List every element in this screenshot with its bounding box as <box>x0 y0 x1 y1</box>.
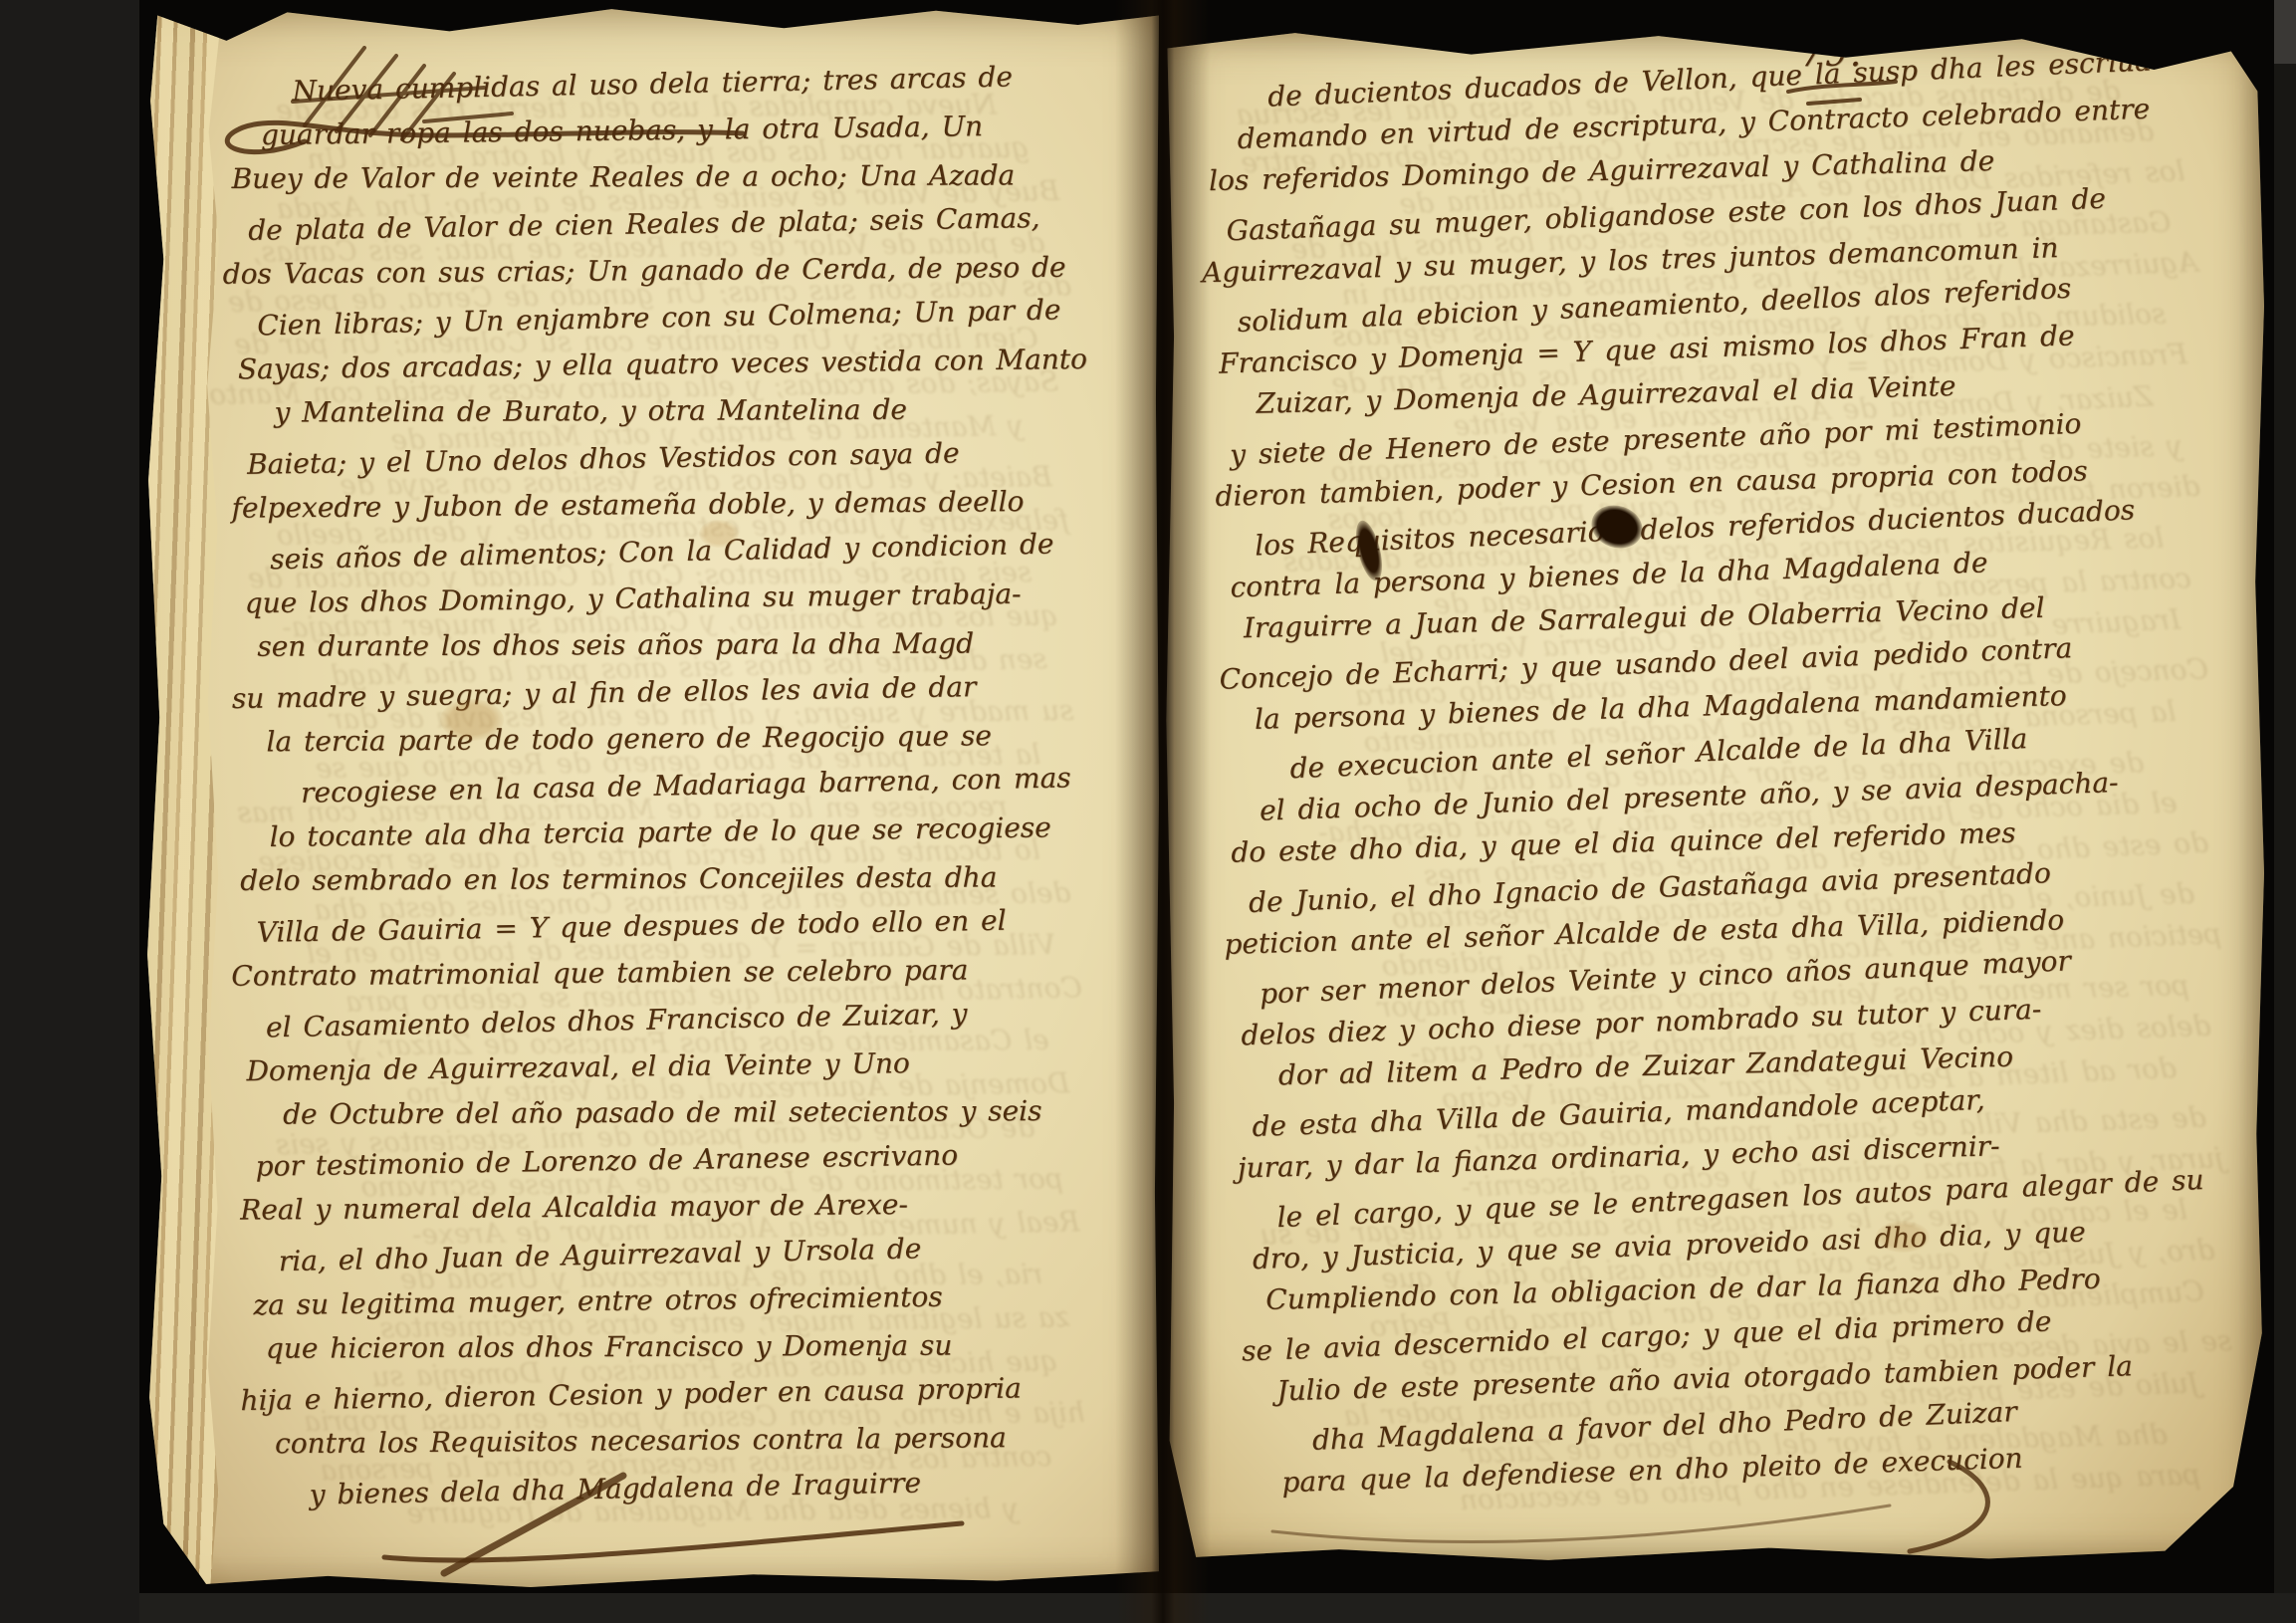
scanner-backdrop-left <box>0 0 139 1623</box>
right-page: de ducientos ducados de Vellon, que la s… <box>1163 30 2264 1563</box>
manuscript-line: Sayas; dos arcadas; y ella quatro veces … <box>238 336 1119 393</box>
scanner-backdrop-corner <box>2274 0 2296 64</box>
manuscript-scan: Nueva cumplidas al uso dela tierra; tres… <box>0 0 2296 1623</box>
manuscript-line: za su legitima muger, entre otros ofreci… <box>253 1271 1130 1328</box>
scanner-backdrop-right <box>2274 0 2296 1623</box>
manuscript-line: guardar ropa las dos nuebas, y la otra U… <box>261 102 1116 158</box>
manuscript-text-right: de ducientos ducados de Vellon, que la s… <box>1193 39 2264 1506</box>
manuscript-text-left: Nueva cumplidas al uso dela tierra; tres… <box>218 55 1132 1516</box>
left-page: Nueva cumplidas al uso dela tierra; tres… <box>145 6 1159 1587</box>
page-number: 79. <box>1800 34 1863 75</box>
scanner-backdrop-bottom <box>139 1593 2296 1623</box>
manuscript-line: lo tocante ala dha tercia parte de lo qu… <box>269 804 1124 860</box>
manuscript-line: Domenja de Aguirrezaval, el dia Veinte y… <box>246 1037 1127 1094</box>
manuscript-line: que los dhos Domingo, y Cathalina su mug… <box>244 570 1121 627</box>
